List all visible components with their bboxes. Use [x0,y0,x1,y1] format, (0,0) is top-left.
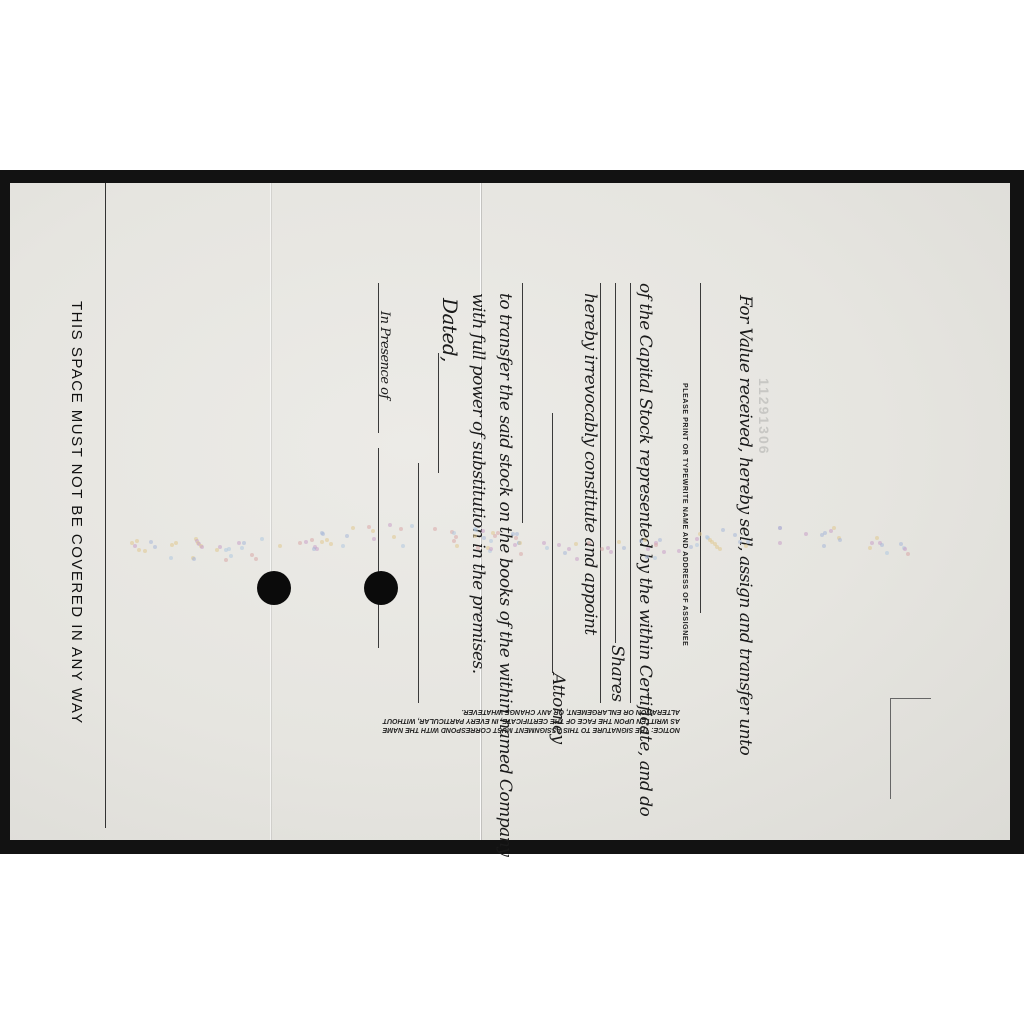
fiber-dot [868,546,872,550]
fiber-dot [321,532,325,536]
fiber-dot [372,537,376,541]
fiber-dot [455,544,459,548]
fiber-dot [143,549,147,553]
fiber-dot [341,544,345,548]
fiber-dot [662,550,666,554]
fiber-dot [298,541,302,545]
fiber-dot [658,538,662,542]
fiber-dot [899,542,903,546]
signature-line[interactable] [418,463,419,703]
fiber-dot [371,529,375,533]
fiber-dot [489,539,493,543]
fiber-dot [240,546,244,550]
fiber-dot [654,543,658,547]
fiber-dot [329,542,333,546]
fiber-dot [312,547,316,551]
assignment-line-5: with full power of substitution in the p… [468,293,488,674]
fiber-dot [738,540,742,544]
fiber-dot [473,534,477,538]
fiber-dot [200,545,204,549]
fiber-dot [133,544,137,548]
shares-label: Shares [607,645,627,702]
fiber-dot [689,545,693,549]
fiber-dot [310,538,314,542]
fiber-dot [169,556,173,560]
stub-notice: THIS SPACE MUST NOT BE COVERED IN ANY WA… [68,301,85,725]
fiber-dot [401,544,405,548]
fiber-dot [227,547,231,551]
fiber-dot [392,535,396,539]
fiber-dot [254,557,258,561]
fiber-dot [174,541,178,545]
fiber-dot [875,536,879,540]
fiber-dot [545,546,549,550]
fiber-dot [880,543,884,547]
blank-line[interactable] [630,283,631,703]
fiber-dot [153,545,157,549]
fiber-dot [646,547,650,551]
stub-divider [105,183,106,828]
fiber-dot [250,553,254,557]
presence-label: In Presence of [377,311,392,399]
fiber-dot [215,548,219,552]
fiber-dot [137,548,141,552]
fiber-dot [260,537,264,541]
fiber-dot [710,540,714,544]
fiber-dot [778,541,782,545]
fiber-dot [476,546,480,550]
fiber-dot [452,531,456,535]
fiber-dot [870,541,874,545]
fiber-dot [639,539,643,543]
fiber-dot [519,552,523,556]
fiber-dot [557,543,561,547]
fiber-dot [242,541,246,545]
fiber-dot [218,545,222,549]
fiber-dot [192,557,196,561]
fiber-dot [563,551,567,555]
fiber-dot [345,534,349,538]
fiber-dot [600,547,604,551]
fiber-dot [622,546,626,550]
fiber-dot [518,541,522,545]
fiber-dot [410,524,414,528]
fiber-dot [325,538,329,542]
fiber-dot [433,527,437,531]
certificate-back: THIS SPACE MUST NOT BE COVERED IN ANY WA… [10,183,1010,840]
blank-line[interactable] [600,283,601,703]
fiber-dot [351,526,355,530]
fiber-dot [237,541,241,545]
assignment-line-3: hereby irrevocably constitute and appoin… [580,293,600,635]
shares-line[interactable] [615,283,616,643]
fiber-dot [885,551,889,555]
fiber-dot [454,535,458,539]
fiber-dot [695,543,699,547]
fiber-dot [320,540,324,544]
fiber-dot [149,540,153,544]
fiber-dot [822,544,826,548]
fold-line [270,183,271,840]
fiber-dot [698,532,702,536]
fiber-dot [746,540,750,544]
fiber-dot [829,529,833,533]
fiber-dot [493,534,497,538]
assignment-line-4: to transfer the said stock on the books … [495,293,515,856]
fiber-dot [513,543,517,547]
fiber-dot [617,540,621,544]
fiber-dot [542,541,546,545]
fiber-dot [229,554,233,558]
blank-line[interactable] [522,283,523,523]
fiber-dot [721,528,725,532]
assignee-line[interactable] [700,283,701,613]
fiber-dot [718,547,722,551]
security-fibers [130,523,910,563]
fiber-dot [574,542,578,546]
fiber-dot [677,549,681,553]
assignee-label: PLEASE PRINT OR TYPEWRITE NAME AND ADDRE… [681,383,688,646]
pencil-mark [890,698,931,799]
punch-hole [364,571,398,605]
fiber-dot [304,540,308,544]
signature-notice: NOTICE: THE SIGNATURE TO THIS ASSIGNMENT… [380,707,680,734]
fiber-dot [643,538,647,542]
fiber-dot [587,541,591,545]
fiber-dot [514,536,518,540]
fiber-dot [906,552,910,556]
fiber-dot [388,523,392,527]
show-through-number: 11291306 [756,378,772,456]
fiber-dot [804,532,808,536]
fiber-dot [575,557,579,561]
punch-hole [257,571,291,605]
witness-line[interactable] [378,283,379,433]
fiber-dot [224,558,228,562]
fiber-dot [695,537,699,541]
fiber-dot [744,544,748,548]
fiber-dot [567,547,571,551]
fiber-dot [489,547,493,551]
fiber-dot [733,533,737,537]
fiber-dot [778,526,782,530]
fiber-dot [452,539,456,543]
fiber-dot [645,555,649,559]
fiber-dot [482,536,486,540]
fiber-dot [399,527,403,531]
fiber-dot [823,531,827,535]
fiber-dot [609,550,613,554]
fiber-dot [903,547,907,551]
fiber-dot [832,526,836,530]
fiber-dot [135,539,139,543]
date-line[interactable] [438,353,439,473]
dated-label: Dated, [438,298,462,362]
fiber-dot [278,544,282,548]
fiber-dot [481,529,485,533]
fiber-dot [367,525,371,529]
fiber-dot [653,556,657,560]
scan-frame: THIS SPACE MUST NOT BE COVERED IN ANY WA… [0,170,1024,854]
fiber-dot [838,538,842,542]
